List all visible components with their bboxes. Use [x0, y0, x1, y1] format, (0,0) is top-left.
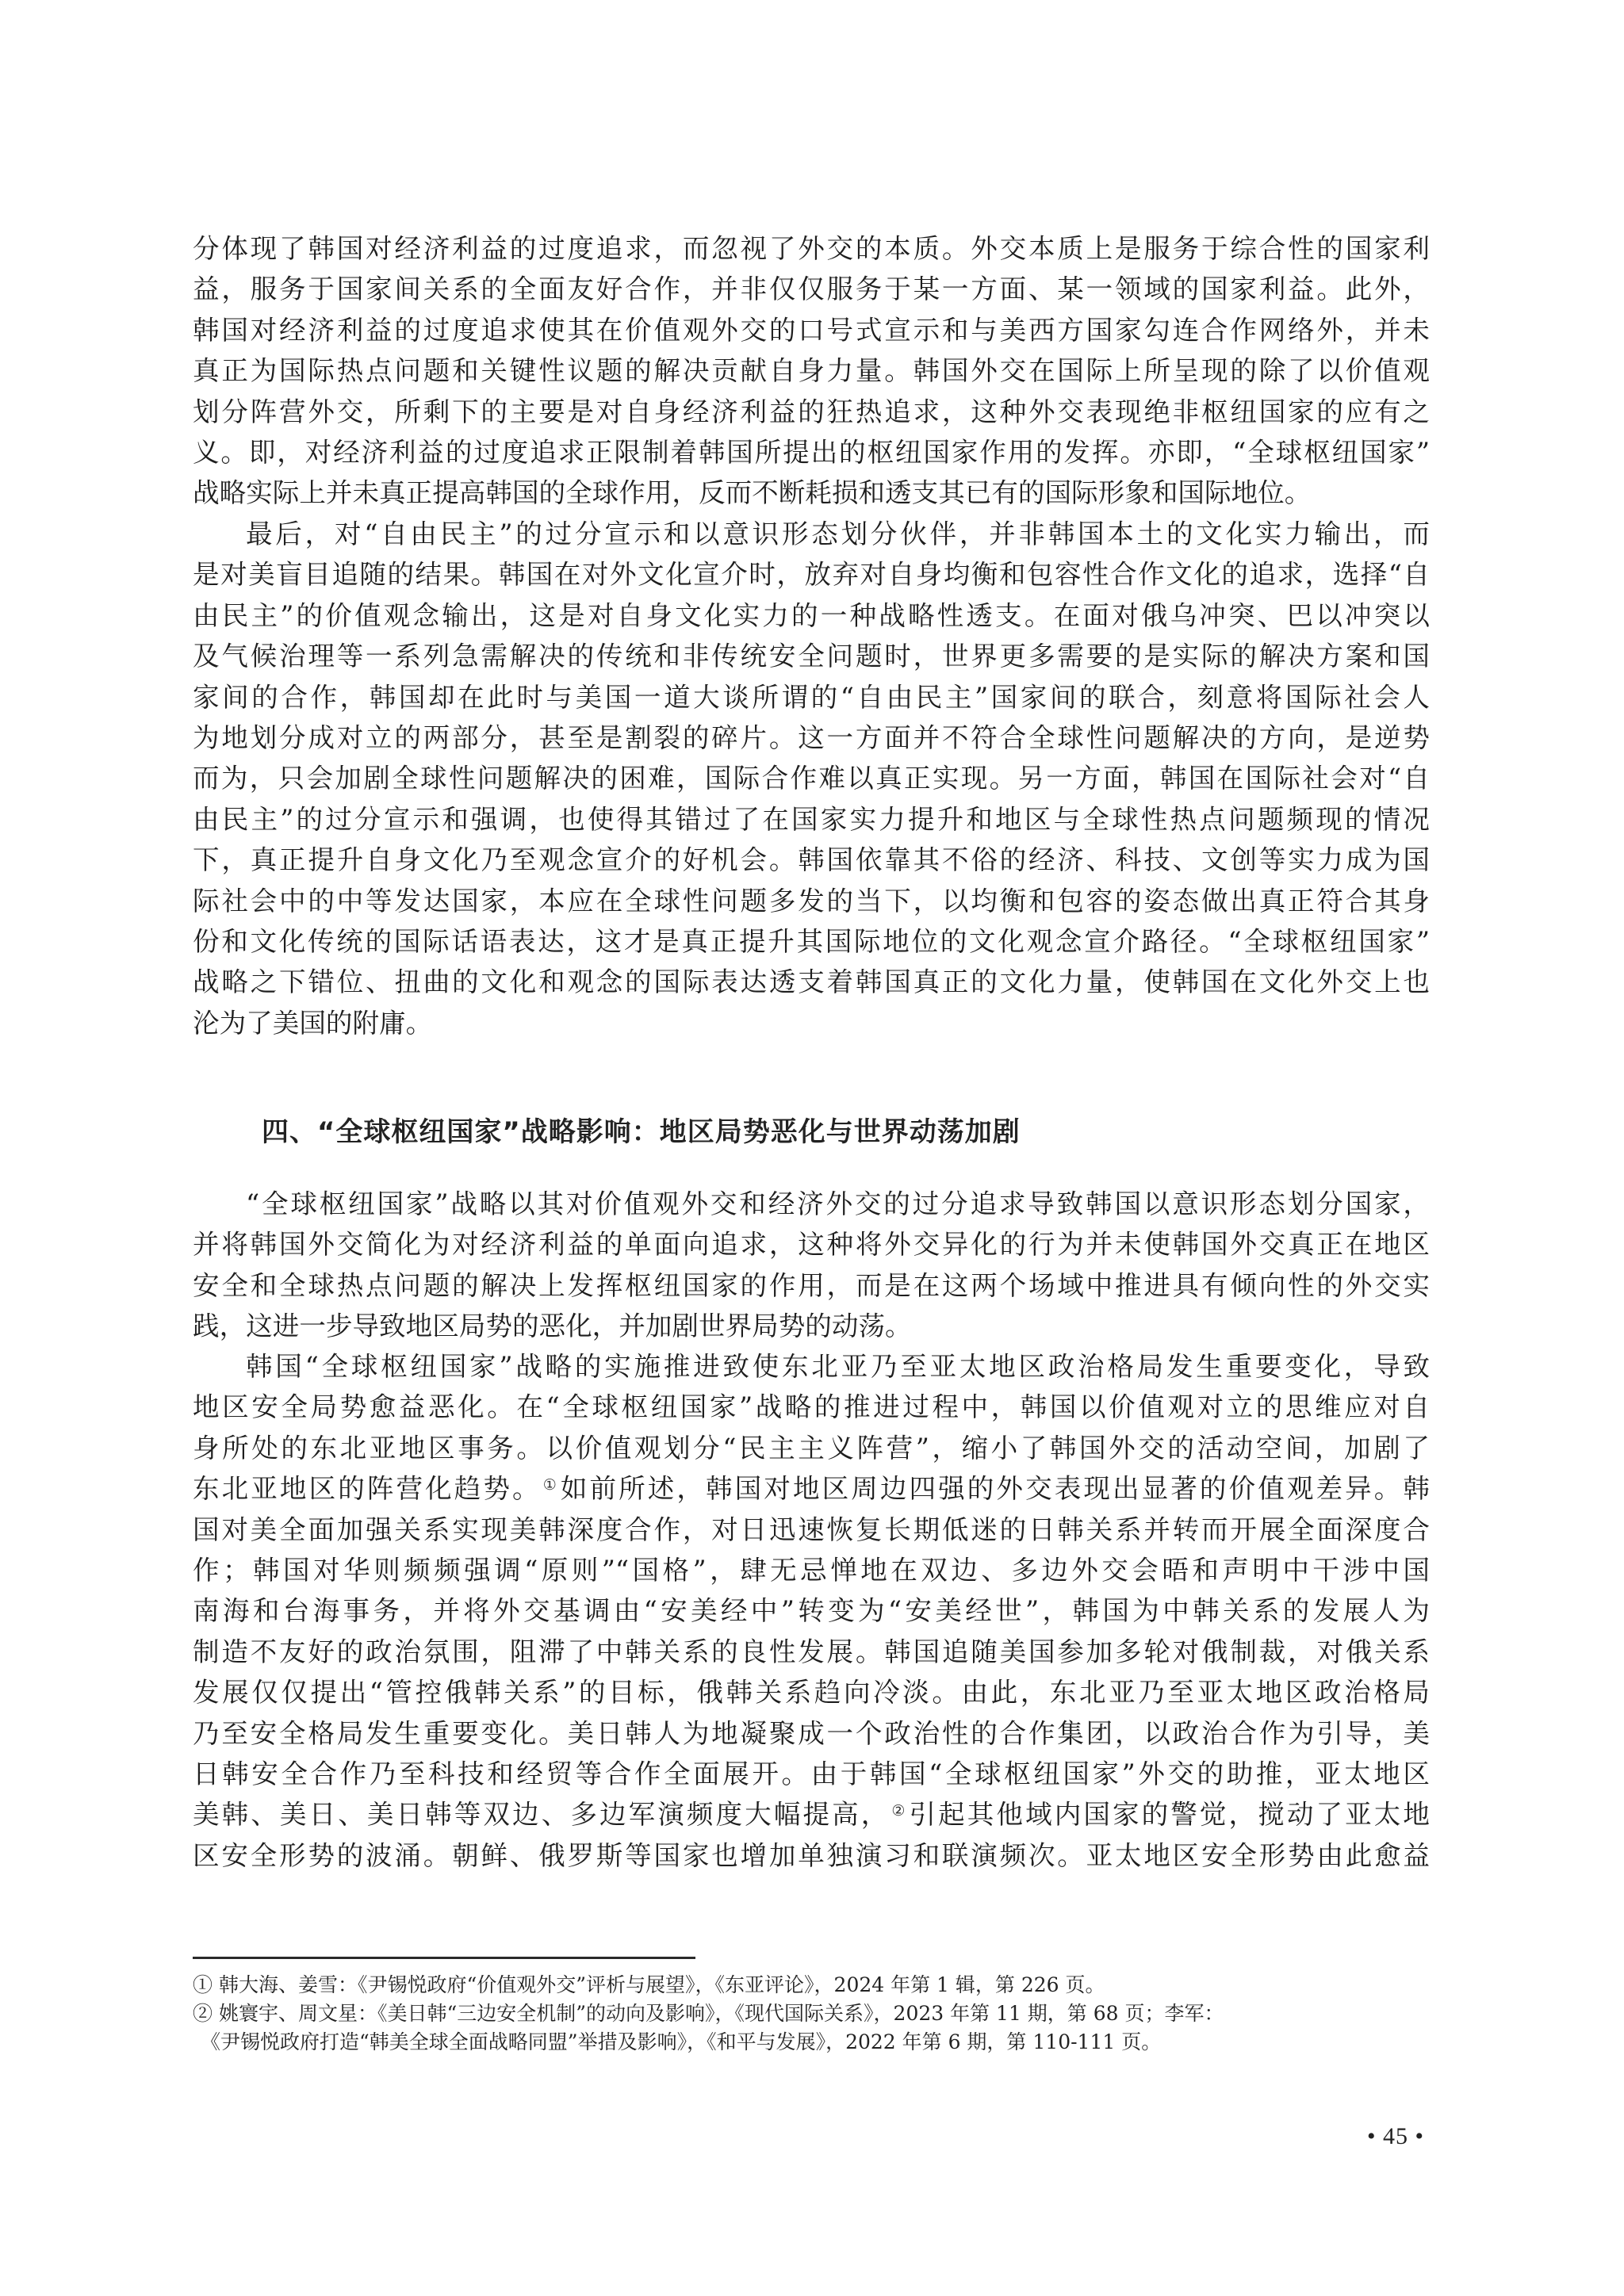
text-line: 家间的合作，韩国却在此时与美国一道大谈所谓的“自由民主”国家间的联合，刻意将国际… — [193, 677, 1430, 717]
text-line: 制造不友好的政治氛围，阻滞了中韩关系的良性发展。韩国追随美国参加多轮对俄制裁，对… — [193, 1632, 1430, 1672]
footnote-2-continuation: 《尹锡悦政府打造“韩美全球全面战略同盟”举措及影响》，《和平与发展》，2022 … — [193, 2028, 1430, 2057]
text-line: 划分阵营外交，所剩下的主要是对自身经济利益的狂热追求，这种外交表现绝非枢纽国家的… — [193, 392, 1430, 432]
body-paragraph: 韩国“全球枢纽国家”战略的实施推进致使东北亚乃至亚太地区政治格局发生重要变化，导… — [193, 1346, 1430, 1876]
text-segment: 东北亚地区的阵营化趋势。 — [193, 1473, 542, 1504]
footnote-marker: ① — [193, 1973, 213, 1996]
text-line: 最后，对“自由民主”的过分宣示和以意识形态划分伙伴，并非韩国本土的文化实力输出，… — [193, 514, 1430, 554]
text-line: 东北亚地区的阵营化趋势。①如前所述，韩国对地区周边四强的外交表现出显著的价值观差… — [193, 1468, 1430, 1509]
footnote-ref-1[interactable]: ① — [543, 1476, 559, 1494]
text-line: 由民主”的过分宣示和强调，也使得其错过了在国家实力提升和地区与全球性热点问题频现… — [193, 799, 1430, 840]
text-line: 韩国“全球枢纽国家”战略的实施推进致使东北亚乃至亚太地区政治格局发生重要变化，导… — [193, 1346, 1430, 1387]
text-segment: 引起其他域内国家的警觉，搅动了亚太地 — [910, 1799, 1430, 1830]
text-line: 乃至安全格局发生重要变化。美日韩人为地凝聚成一个政治性的合作集团，以政治合作为引… — [193, 1713, 1430, 1754]
text-line: 地区安全局势愈益恶化。在“全球枢纽国家”战略的推进过程中，韩国以价值观对立的思维… — [193, 1387, 1430, 1427]
text-line: 美韩、美日、美日韩等双边、多边军演频度大幅提高，②引起其他域内国家的警觉，搅动了… — [193, 1794, 1430, 1835]
text-line: 战略之下错位、扭曲的文化和观念的国际表达透支着韩国真正的文化力量，使韩国在文化外… — [193, 962, 1430, 1002]
text-line: 益，服务于国家间关系的全面友好合作，并非仅仅服务于某一方面、某一领域的国家利益。… — [193, 269, 1430, 309]
footnote-marker: ② — [193, 2002, 213, 2025]
text-segment: 如前所述，韩国对地区周边四强的外交表现出显著的价值观差异。韩 — [561, 1473, 1430, 1504]
footnotes: ① 韩大海、姜雪：《尹锡悦政府“价值观外交”评析与展望》，《东亚评论》，2024… — [193, 1971, 1430, 2057]
text-line: 而为，只会加剧全球性问题解决的困难，国际合作难以真正实现。另一方面，韩国在国际社… — [193, 758, 1430, 798]
paragraph-1: 分体现了韩国对经济利益的过度追求，而忽视了外交的本质。外交本质上是服务于综合性的… — [193, 228, 1430, 514]
body-paragraph: 分体现了韩国对经济利益的过度追求，而忽视了外交的本质。外交本质上是服务于综合性的… — [193, 228, 1430, 514]
text-line: 为地划分成对立的两部分，甚至是割裂的碎片。这一方面并不符合全球性问题解决的方向，… — [193, 717, 1430, 758]
text-line: 身所处的东北亚地区事务。以价值观划分“民主主义阵营”，缩小了韩国外交的活动空间，… — [193, 1428, 1430, 1468]
text-line: 战略实际上并未真正提高韩国的全球作用，反而不断耗损和透支其已有的国际形象和国际地… — [193, 473, 1430, 513]
text-line: 及气候治理等一系列急需解决的传统和非传统安全问题时，世界更多需要的是实际的解决方… — [193, 636, 1430, 676]
text-line: 作；韩国对华则频频强调“原则”“国格”，肆无忌惮地在双边、多边外交会晤和声明中干… — [193, 1550, 1430, 1590]
body-paragraph: “全球枢纽国家”战略以其对价值观外交和经济外交的过分追求导致韩国以意识形态划分国… — [193, 1184, 1430, 1347]
text-line: 区安全形势的波涌。朝鲜、俄罗斯等国家也增加单独演习和联演频次。亚太地区安全形势由… — [193, 1835, 1430, 1876]
footnote-text: 韩大海、姜雪：《尹锡悦政府“价值观外交”评析与展望》，《东亚评论》，2024 年… — [219, 1973, 1105, 1996]
text-line: 由民主”的价值观念输出，这是对自身文化实力的一种战略性透支。在面对俄乌冲突、巴以… — [193, 595, 1430, 636]
text-line: 下，真正提升自身文化乃至观念宣介的好机会。韩国依靠其不俗的经济、科技、文创等实力… — [193, 840, 1430, 880]
text-line: 发展仅仅提出“管控俄韩关系”的目标，俄韩关系趋向冷淡。由此，东北亚乃至亚太地区政… — [193, 1672, 1430, 1712]
section-heading: 四、“全球枢纽国家”战略影响：地区局势恶化与世界动荡加剧 — [262, 1110, 1021, 1149]
text-line: 真正为国际热点问题和关键性议题的解决贡献自身力量。韩国外交在国际上所呈现的除了以… — [193, 350, 1430, 391]
text-segment: 美韩、美日、美日韩等双边、多边军演频度大幅提高， — [193, 1799, 890, 1830]
text-line: 国对美全面加强关系实现美韩深度合作，对日迅速恢复长期低迷的日韩关系并转而开展全面… — [193, 1510, 1430, 1550]
text-line: 沦为了美国的附庸。 — [193, 1003, 1430, 1043]
text-line: 践，这进一步导致地区局势的恶化，并加剧世界局势的动荡。 — [193, 1306, 1430, 1346]
footnote-text: 姚寰宇、周文星：《美日韩“三边安全机制”的动向及影响》，《现代国际关系》，202… — [219, 2002, 1224, 2025]
text-line: “全球枢纽国家”战略以其对价值观外交和经济外交的过分追求导致韩国以意识形态划分国… — [193, 1184, 1430, 1224]
text-line: 际社会中的中等发达国家，本应在全球性问题多发的当下，以均衡和包容的姿态做出真正符… — [193, 881, 1430, 921]
footnote-ref-2[interactable]: ② — [891, 1802, 907, 1820]
footnote-1: ① 韩大海、姜雪：《尹锡悦政府“价值观外交”评析与展望》，《东亚评论》，2024… — [193, 1971, 1430, 1999]
footnote-divider — [193, 1957, 695, 1959]
text-line: 日韩安全合作乃至科技和经贸等合作全面展开。由于韩国“全球枢纽国家”外交的助推，亚… — [193, 1754, 1430, 1794]
text-line: 安全和全球热点问题的解决上发挥枢纽国家的作用，而是在这两个场域中推进具有倾向性的… — [193, 1265, 1430, 1306]
page-number: • 45 • — [1367, 2123, 1424, 2150]
text-line: 南海和台海事务，并将外交基调由“安美经中”转变为“安美经世”，韩国为中韩关系的发… — [193, 1590, 1430, 1631]
text-line: 义。即，对经济利益的过度追求正限制着韩国所提出的枢纽国家作用的发挥。亦即，“全球… — [193, 432, 1430, 473]
text-line: 份和文化传统的国际话语表达，这才是真正提升其国际地位的文化观念宣介路径。“全球枢… — [193, 921, 1430, 962]
paragraph-3: “全球枢纽国家”战略以其对价值观外交和经济外交的过分追求导致韩国以意识形态划分国… — [193, 1184, 1430, 1347]
text-line: 是对美盲目追随的结果。韩国在对外文化宣介时，放弃对自身均衡和包容性合作文化的追求… — [193, 554, 1430, 595]
text-line: 韩国对经济利益的过度追求使其在价值观外交的口号式宣示和与美西方国家勾连合作网络外… — [193, 310, 1430, 350]
body-paragraph: 最后，对“自由民主”的过分宣示和以意识形态划分伙伴，并非韩国本土的文化实力输出，… — [193, 514, 1430, 1043]
footnote-2: ② 姚寰宇、周文星：《美日韩“三边安全机制”的动向及影响》，《现代国际关系》，2… — [193, 1999, 1430, 2028]
paragraph-2: 最后，对“自由民主”的过分宣示和以意识形态划分伙伴，并非韩国本土的文化实力输出，… — [193, 514, 1430, 1043]
paragraph-4: 韩国“全球枢纽国家”战略的实施推进致使东北亚乃至亚太地区政治格局发生重要变化，导… — [193, 1346, 1430, 1876]
text-line: 并将韩国外交简化为对经济利益的单面向追求，这种将外交异化的行为并未使韩国外交真正… — [193, 1224, 1430, 1265]
text-line: 分体现了韩国对经济利益的过度追求，而忽视了外交的本质。外交本质上是服务于综合性的… — [193, 228, 1430, 269]
